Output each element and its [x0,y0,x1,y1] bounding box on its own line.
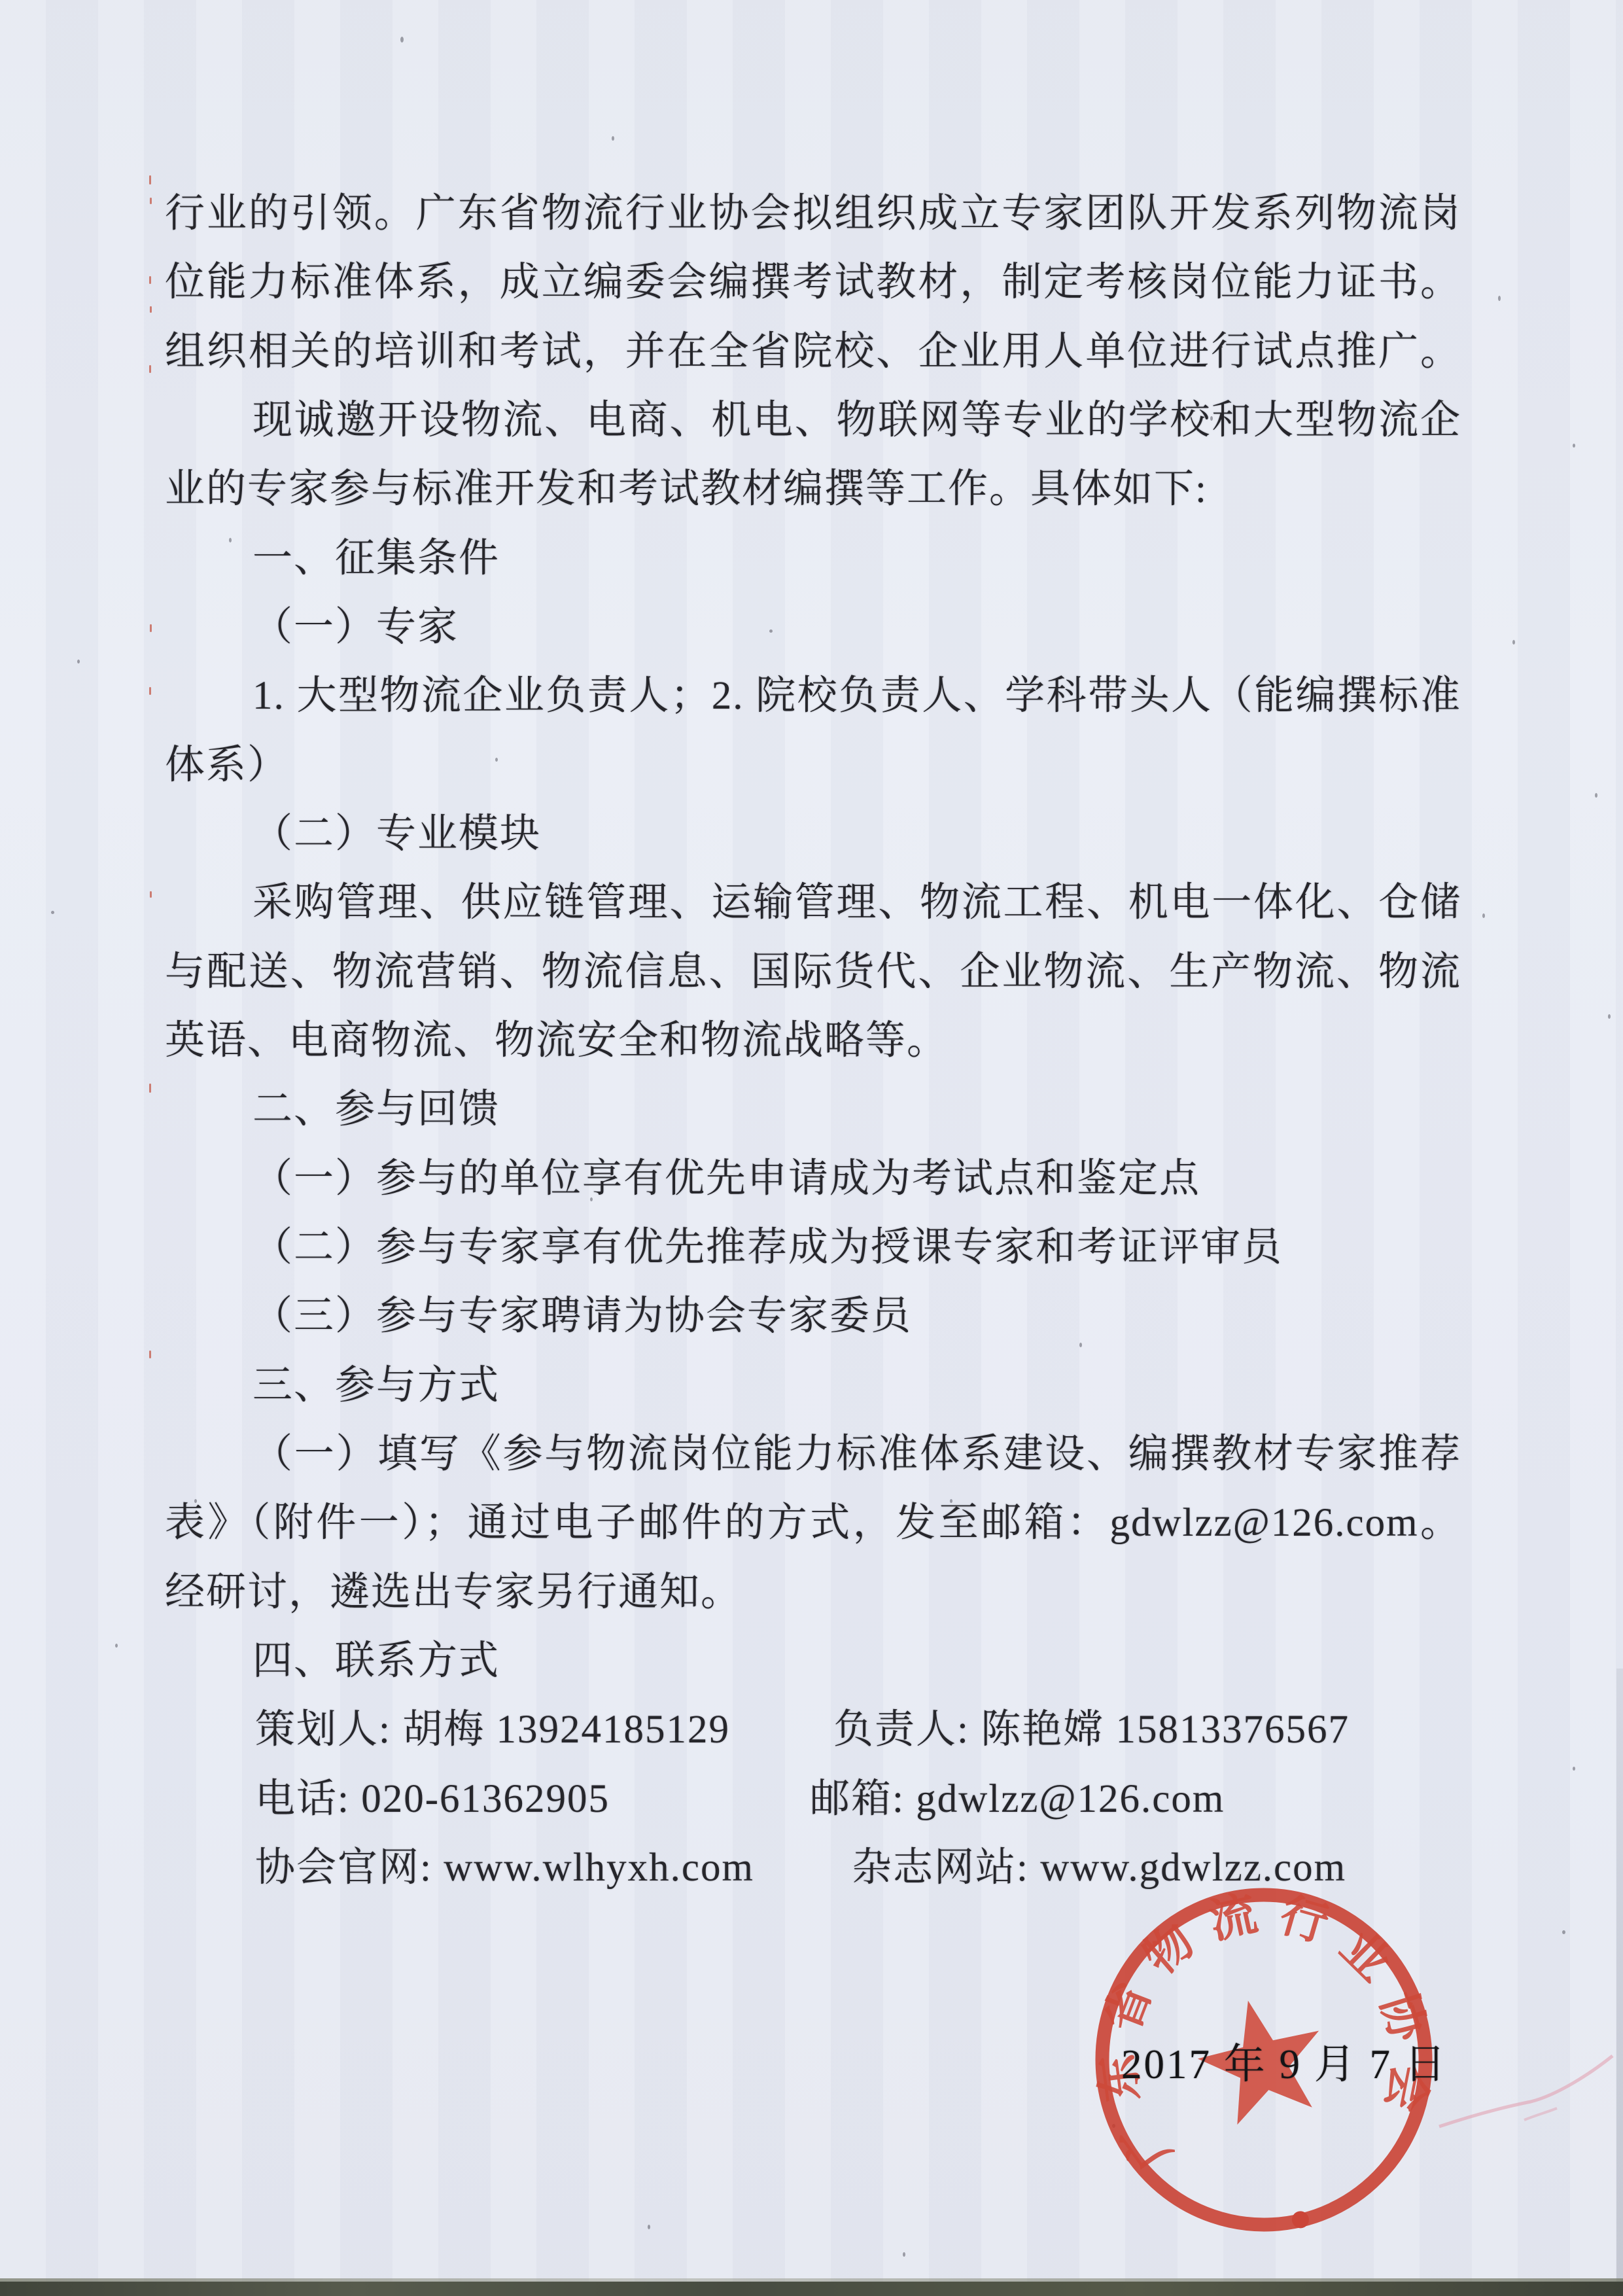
scan-speck [229,538,232,542]
scan-speck [1079,1343,1082,1347]
scan-artifact [150,306,152,313]
text-line: 英语、电商物流、物流安全和物流战略等。 [165,1013,1461,1073]
text-line: 现诚邀开设物流、电商、机电、物联网等专业的学校和大型物流企 [165,393,1461,453]
text-line: （一）参与的单位享有优先申请成为考试点和鉴定点 [165,1151,1461,1211]
scan-artifact [149,276,151,284]
scan-speck [1482,913,1485,918]
scan-speck [495,758,498,762]
scan-artifact [149,1084,151,1093]
scan-speck [194,1499,197,1503]
contact-row: 电话: 020-61362905 邮箱: gdwlzz@126.com [165,1771,1461,1831]
scan-speck [115,1644,118,1648]
sub-heading: （二）专业模块 [165,806,1461,866]
scan-artifact [149,687,151,695]
scan-speck [1512,640,1515,645]
text-line: 1. 大型物流企业负责人；2. 院校负责人、学科带头人（能编撰标准 [165,668,1461,728]
scan-artifact [150,198,152,204]
scan-artifact [149,365,151,373]
text-line: （二）参与专家享有优先推荐成为授课专家和考证评审员 [165,1220,1461,1280]
text-line: （一）填写《参与物流岗位能力标准体系建设、编撰教材专家推荐 [165,1426,1461,1487]
email-contact: 邮箱: gdwlzz@126.com [810,1771,1225,1828]
scan-edge-shade [1616,1669,1623,2296]
scan-speck [1573,1767,1575,1771]
scan-speck [1595,793,1597,798]
scan-speck [1573,444,1575,448]
date-stamp: 2017 年 9 月 7 日 [1121,2031,1448,2091]
text-line: 行业的引领。广东省物流行业协会拟组织成立专家团队开发系列物流岗 [165,186,1461,246]
text-line: 位能力标准体系，成立编委会编撰考试教材，制定考核岗位能力证书。 [165,255,1461,315]
scan-bottom-edge [0,2282,1623,2296]
scan-artifact [150,891,152,898]
scan-artifact [150,624,152,632]
scan-speck [769,629,773,633]
scan-speck [590,1197,593,1201]
text-line: 采购管理、供应链管理、运输管理、物流工程、机电一体化、仓储 [165,875,1461,935]
text-line: 表》（附件一）；通过电子邮件的方式，发至邮箱：gdwlzz@126.com。 [165,1495,1461,1555]
scan-speck [1562,1930,1565,1934]
scan-speck [400,37,404,43]
scan-artifact [149,1351,151,1358]
section-heading: 三、参与方式 [165,1358,1461,1418]
scan-speck [950,1499,952,1503]
scan-speck [1498,296,1501,301]
phone-contact: 电话: 020-61362905 [255,1777,610,1821]
scan-speck [648,2225,650,2229]
manager-contact: 负责人: 陈艳嫦 15813376567 [833,1702,1350,1758]
text-line: 体系） [165,737,1461,798]
text-line: 与配送、物流营销、物流信息、国际货代、企业物流、生产物流、物流 [165,944,1461,1004]
planner-contact: 策划人: 胡梅 13924185129 [255,1708,730,1752]
scan-speck [903,2252,905,2257]
section-heading: 四、联系方式 [165,1633,1461,1693]
scan-speck [778,1026,781,1030]
scan-speck [77,660,80,663]
scan-speck [51,911,54,914]
text-line: （三）参与专家聘请为协会专家委员 [165,1288,1461,1349]
scan-speck [1608,1014,1611,1019]
association-website: 协会官网: www.wlhyxh.com [255,1846,754,1890]
scanned-document-page: 行业的引领。广东省物流行业协会拟组织成立专家团队开发系列物流岗 位能力标准体系，… [0,0,1623,2296]
scan-speck [1210,416,1213,421]
contact-row: 策划人: 胡梅 13924185129 负责人: 陈艳嫦 15813376567 [165,1702,1461,1762]
scan-speck [612,136,614,141]
scan-artifact [149,175,151,185]
section-heading: 一、征集条件 [165,531,1461,591]
sub-heading: （一）专家 [165,599,1461,660]
section-heading: 二、参与回馈 [165,1082,1461,1142]
text-line: 组织相关的培训和考试，并在全省院校、企业用人单位进行试点推广。 [165,324,1461,384]
text-line: 经研讨，遴选出专家另行通知。 [165,1564,1461,1625]
text-line: 业的专家参与标准开发和考试教材编撰等工作。具体如下: [165,461,1461,521]
